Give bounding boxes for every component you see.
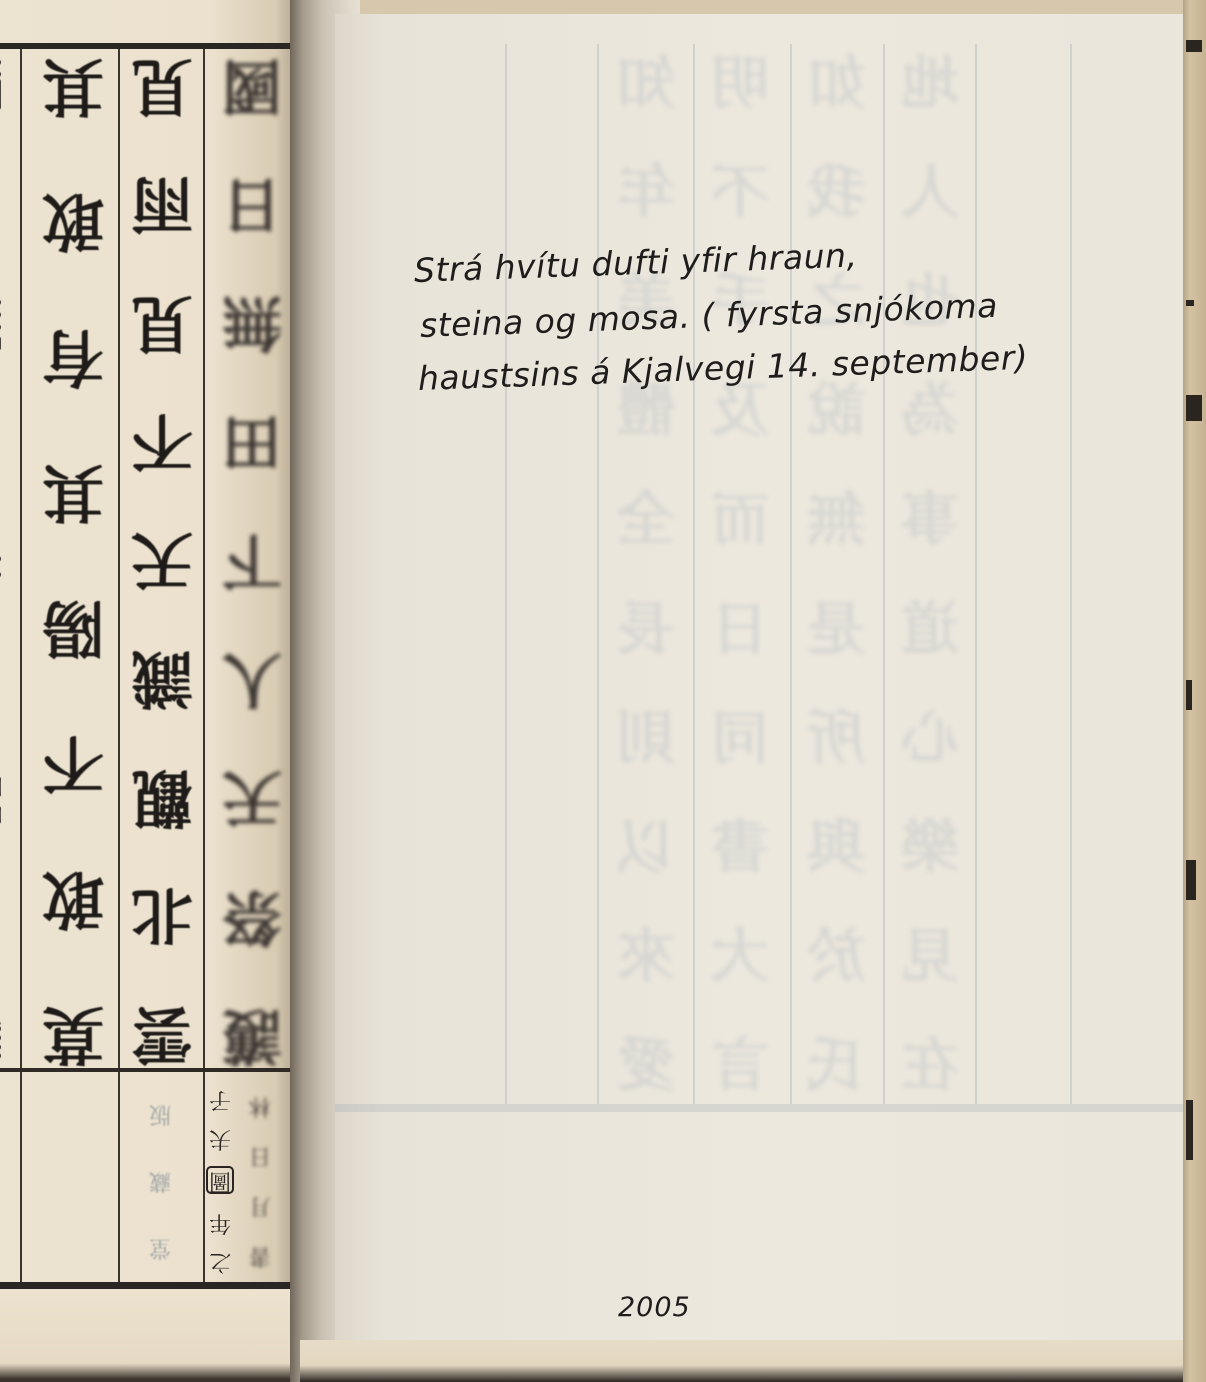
- ghost-rule: [597, 44, 599, 1104]
- ghost-character: 長: [617, 600, 675, 658]
- ghost-character: 同: [711, 709, 769, 767]
- printed-character: 莫: [42, 1003, 104, 1065]
- printed-character: 井: [0, 532, 26, 588]
- ghost-character: 地: [901, 54, 959, 112]
- printed-character: 敢: [42, 868, 104, 930]
- printed-character: 臣: [0, 771, 26, 827]
- page-top-edge: [300, 0, 1206, 14]
- printed-character: 理: [0, 55, 26, 111]
- right-blank-page: 知年美體全長則以來愛 明不手及而日同書大言 如我之說無是所與於氏 地人也為事道心…: [335, 14, 1183, 1354]
- left-printed-page: 莫敢不陽其有敢其 雲北觀識天不見雨見 護祭天人下田無日國 其臣井自理 之 年 圖…: [0, 0, 300, 1382]
- ghost-character: 我: [807, 163, 865, 221]
- ghost-rule: [335, 1104, 1183, 1112]
- ghost-character: 明: [711, 54, 769, 112]
- printer-colophon-blurred: 書 月 日 林: [240, 1080, 280, 1280]
- printed-character: 其: [42, 55, 104, 117]
- print-column: 雲北觀識天不見雨見: [122, 55, 202, 1065]
- printed-character: 田: [222, 411, 282, 471]
- ghost-character: 是: [807, 600, 865, 658]
- printed-character: 下: [222, 530, 282, 590]
- seal-stamp: 圖: [206, 1166, 234, 1194]
- show-through-column: 如我之說無是所與於氏: [793, 54, 879, 1094]
- ghost-character: 而: [711, 490, 769, 548]
- show-through-column: 明不手及而日同書大言: [697, 54, 783, 1094]
- ghost-character: 不: [711, 163, 769, 221]
- printed-character: 雲: [131, 1003, 193, 1065]
- ghost-rule: [975, 44, 977, 1104]
- ghost-character: 無: [807, 490, 865, 548]
- printed-character: 日: [222, 174, 282, 234]
- ghost-character: 在: [901, 1036, 959, 1094]
- ghost-character: 言: [711, 1036, 769, 1094]
- printed-character: 北: [131, 885, 193, 947]
- ghost-character: 來: [617, 927, 675, 985]
- column-rule: [118, 49, 120, 1282]
- ghost-character: 見: [901, 927, 959, 985]
- printed-character: 天: [222, 768, 282, 828]
- ghost-rule: [505, 44, 507, 1104]
- printed-character: 天: [131, 529, 193, 591]
- printed-character: 其: [42, 461, 104, 523]
- edge-print-mark: [1186, 40, 1202, 52]
- printed-character: 不: [131, 411, 193, 473]
- printed-character: 無: [222, 293, 282, 353]
- show-through-grid: 知年美體全長則以來愛 明不手及而日同書大言 如我之說無是所與於氏 地人也為事道心…: [335, 14, 1183, 1354]
- print-frame-top: [0, 43, 292, 49]
- note-line: steina og mosa. ( fyrsta snjókoma: [419, 283, 1174, 342]
- printed-character: 自: [0, 294, 26, 350]
- ghost-character: 如: [807, 54, 865, 112]
- printed-character: 識: [131, 648, 193, 710]
- print-frame-bottom: [0, 1282, 292, 1289]
- faint-show-through-mark: 堂 藏 版: [140, 1080, 180, 1280]
- printed-character: 其: [0, 1009, 26, 1065]
- edge-print-mark: [1186, 395, 1202, 421]
- ghost-character: 日: [711, 600, 769, 658]
- ghost-character: 人: [901, 163, 959, 221]
- ghost-rule: [693, 44, 695, 1104]
- ghost-character: 知: [617, 54, 675, 112]
- printed-character: 祭: [222, 886, 282, 946]
- handwritten-year: 2005: [618, 1292, 691, 1323]
- printed-character: 觀: [131, 766, 193, 828]
- ghost-character: 事: [901, 490, 959, 548]
- ghost-character: 所: [807, 709, 865, 767]
- ghost-character: 道: [901, 600, 959, 658]
- printed-character: 雨: [131, 174, 193, 236]
- printed-character: 陽: [42, 597, 104, 659]
- ghost-rule: [883, 44, 885, 1104]
- edge-print-mark: [1186, 860, 1196, 900]
- printed-character: 敢: [42, 190, 104, 252]
- ghost-character: 書: [711, 818, 769, 876]
- book-block-edge: [1183, 0, 1206, 1382]
- print-column-partial: 其臣井自理: [0, 55, 38, 1065]
- ghost-character: 全: [617, 490, 675, 548]
- ghost-character: 年: [617, 163, 675, 221]
- printed-character: 國: [222, 55, 282, 115]
- printed-character: 見: [131, 55, 193, 117]
- ghost-character: 氏: [807, 1036, 865, 1094]
- printed-character: 不: [42, 732, 104, 794]
- edge-print-mark: [1186, 680, 1192, 710]
- footer-rule: [0, 1068, 292, 1072]
- ghost-character: 與: [807, 818, 865, 876]
- ghost-character: 於: [807, 927, 865, 985]
- printed-character: 人: [222, 649, 282, 709]
- print-column-blurred: 護祭天人下田無日國: [212, 55, 292, 1065]
- ghost-character: 心: [901, 709, 959, 767]
- ghost-character: 愛: [617, 1036, 675, 1094]
- show-through-column: 地人也為事道心樂見在: [887, 54, 973, 1094]
- ghost-character: 以: [617, 818, 675, 876]
- page-bottom-edge: [300, 1340, 1190, 1382]
- edge-print-mark: [1186, 300, 1194, 306]
- left-page-bottom-margin: [0, 1289, 300, 1382]
- note-line: haustsins á Kjalvegi 14. september): [417, 336, 1174, 395]
- handwritten-note: Strá hvítu dufti yfir hraun, steina og m…: [414, 250, 1174, 395]
- ghost-character: 大: [711, 927, 769, 985]
- printer-colophon: 之 年 圖 夫 子: [200, 1080, 240, 1280]
- ghost-character: 樂: [901, 818, 959, 876]
- ghost-character: 則: [617, 709, 675, 767]
- book-photo: 莫敢不陽其有敢其 雲北觀識天不見雨見 護祭天人下田無日國 其臣井自理 之 年 圖…: [0, 0, 1206, 1382]
- printed-character: 護: [222, 1005, 282, 1065]
- show-through-column: 知年美體全長則以來愛: [603, 54, 689, 1094]
- edge-print-mark: [1186, 1100, 1193, 1160]
- ghost-rule: [790, 44, 792, 1104]
- printed-character: 有: [42, 326, 104, 388]
- print-column: 莫敢不陽其有敢其: [33, 55, 113, 1065]
- printed-character: 見: [131, 292, 193, 354]
- ghost-rule: [1070, 44, 1072, 1104]
